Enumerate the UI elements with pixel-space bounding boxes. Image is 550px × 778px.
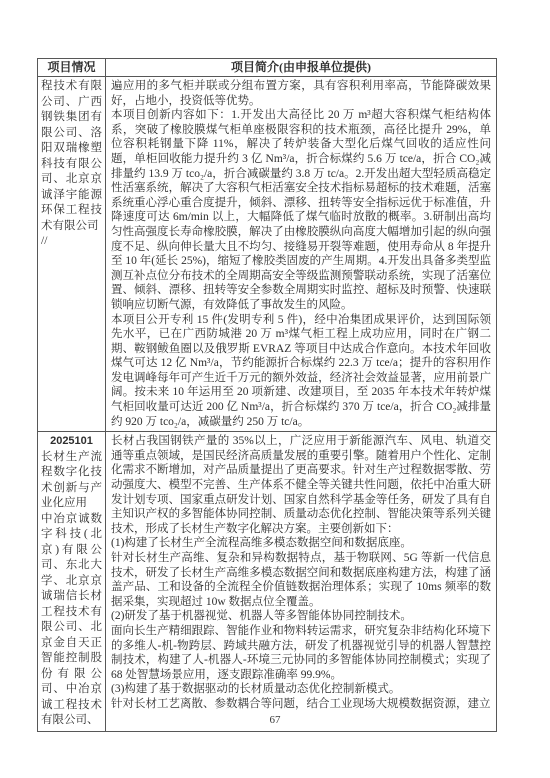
project-intro-cell: 遍应用的多气柜并联或分组布置方案，具有容积利用率高，节能降碳效果好，占地小，投资…	[106, 77, 497, 432]
table-header-row: 项目情况 项目简介(由申报单位提供)	[38, 59, 497, 77]
paragraph: 本项目公开专利 15 件(发明专利 5 件)，经中冶集团成果评价，达到国际领先水…	[111, 313, 491, 430]
project-separator: //	[41, 234, 102, 250]
project-info-cell: 2025101 长材生产流程数字化技术创新与产业化应用 中冶京诚数字科技(北京)…	[38, 432, 106, 732]
page-number: 67	[0, 714, 550, 726]
paragraph: (1)构建了长材生产全流程高维多模态数据空间和数据底座。	[111, 536, 491, 551]
paragraph: 长材占我国钢铁产量的 35%以上，广泛应用于新能源汽车、风电、轨道交通等重点领域…	[111, 434, 491, 536]
projects-table: 项目情况 项目简介(由申报单位提供) 程技术有限公司、广西钢铁集团有限公司、洛阳…	[37, 58, 497, 732]
project-title: 长材生产流程数字化技术创新与产业化应用	[41, 450, 102, 512]
paragraph: 面向长生产精细跟踪、智能作业和物料转运需求，研究复杂非结构化环境下的多维人-机-…	[111, 624, 491, 682]
paragraph: (3)构建了基于数据驱动的长材质量动态优化控制新模式。	[111, 682, 491, 697]
project-id: 2025101	[41, 434, 102, 450]
paragraph: 遍应用的多气柜并联或分组布置方案，具有容积利用率高，节能降碳效果好，占地小，投资…	[111, 79, 491, 108]
paragraph: 本项目创新内容如下：1.开发出大高径比 20 万 m³超大容积煤气柜结构体系，突…	[111, 108, 491, 312]
table-row: 程技术有限公司、广西钢铁集团有限公司、洛阳双瑞橡塑科技有限公司、北京京诚泽宇能源…	[38, 77, 497, 432]
paragraph: 针对长材工艺离散、参数耦合等问题，结合工业现场大规模数据资源，建立	[111, 697, 491, 712]
document-page: 项目情况 项目简介(由申报单位提供) 程技术有限公司、广西钢铁集团有限公司、洛阳…	[0, 0, 550, 778]
table-row: 2025101 长材生产流程数字化技术创新与产业化应用 中冶京诚数字科技(北京)…	[38, 432, 497, 732]
column-header-project-info: 项目情况	[38, 59, 106, 77]
project-orgs: 中冶京诚数字科技(北京)有限公司、东北大学、北京京诚瑞信长材工程技术有限公司、北…	[41, 512, 102, 729]
paragraph: (2)研发了基于机器视觉、机器人等多智能体协同控制技术。	[111, 609, 491, 624]
column-header-project-intro: 项目简介(由申报单位提供)	[106, 59, 497, 77]
project-orgs-continued: 程技术有限公司、广西钢铁集团有限公司、洛阳双瑞橡塑科技有限公司、北京京诚泽宇能源…	[41, 79, 102, 234]
paragraph: 针对长材生产高维、复杂和异构数据特点，基于物联网、5G 等新一代信息技术，研发了…	[111, 551, 491, 609]
project-info-cell: 程技术有限公司、广西钢铁集团有限公司、洛阳双瑞橡塑科技有限公司、北京京诚泽宇能源…	[38, 77, 106, 432]
project-intro-cell: 长材占我国钢铁产量的 35%以上，广泛应用于新能源汽车、风电、轨道交通等重点领域…	[106, 432, 497, 732]
